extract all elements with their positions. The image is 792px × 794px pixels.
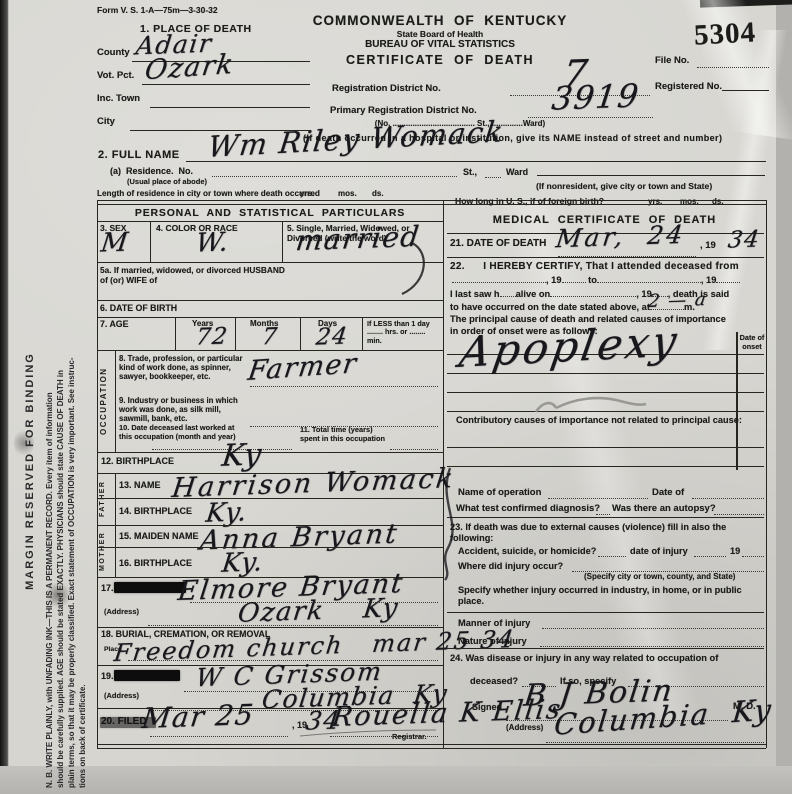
- row-rule: [97, 262, 443, 263]
- blank-line: [150, 86, 310, 108]
- box-rule: [97, 748, 766, 749]
- last-saw-text: I last saw h: [450, 289, 500, 299]
- nature-of-injury-label: Nature of injury: [458, 636, 527, 646]
- box-rule: [766, 200, 767, 748]
- margin-note-line: N. B. WRITE PLAINLY, with UNFADING INK—T…: [44, 90, 55, 788]
- birthplace-entry: Ky: [220, 437, 265, 474]
- blank-line: [598, 548, 626, 557]
- yrs-label: yrs.: [300, 190, 314, 199]
- full-name-label: 2. FULL NAME: [98, 149, 180, 161]
- autopsy-label: Was there an autopsy?: [612, 504, 716, 515]
- printed-19: , 19: [701, 275, 717, 285]
- date-of-death-label: 21. DATE OF DEATH: [450, 238, 546, 249]
- injury-19-label: 19: [730, 546, 740, 556]
- redacted-undertaker-label-bar: [114, 670, 180, 681]
- scan-edge-left: [0, 0, 9, 794]
- ds-label: ds.: [372, 190, 384, 199]
- mother-side-label: MOTHER: [99, 527, 114, 575]
- county-label: County: [97, 48, 130, 59]
- personal-section-title: PERSONAL AND STATISTICAL PARTICULARS: [97, 208, 443, 220]
- blank-line: [714, 506, 764, 515]
- date-of-birth-label: 6. DATE OF BIRTH: [100, 304, 177, 314]
- cell-rule: [150, 221, 151, 262]
- informant-address-label: (Address): [104, 608, 139, 616]
- voting-precinct-label: Vot. Pct.: [97, 71, 134, 82]
- father-birthplace-label: 14. BIRTHPLACE: [119, 506, 192, 516]
- signed-label: Signed: [472, 702, 502, 712]
- bureau-subtitle: BUREAU OF VITAL STATISTICS: [300, 39, 580, 50]
- cell-rule: [175, 317, 176, 350]
- age-months-entry: 7: [260, 324, 279, 351]
- residence-label: (a) Residence. No.: [110, 166, 193, 176]
- registered-no-label: Registered No.: [655, 82, 722, 93]
- father-name-label: 13. NAME: [119, 480, 161, 490]
- row-rule: [97, 452, 443, 453]
- occupation-side-label: OCCUPATION: [99, 352, 114, 450]
- blank-line: [142, 63, 310, 85]
- age-label: 7. AGE: [100, 320, 129, 330]
- to-word: to: [588, 275, 597, 285]
- date-of-operation-label: Date of: [652, 488, 684, 499]
- certificate-title: CERTIFICATE OF DEATH: [300, 53, 580, 67]
- industry-label: 9. Industry or business in which work wa…: [119, 396, 251, 424]
- marital-status-entry: married: [294, 220, 422, 257]
- certify-line-2: , 19 to, 19: [452, 275, 740, 285]
- ward-label: Ward: [506, 167, 528, 177]
- date-of-injury-label: date of injury: [630, 546, 688, 556]
- margin-binding-note: MARGIN RESERVED FOR BINDING: [24, 290, 36, 652]
- blank-line: [692, 490, 764, 499]
- row-rule: [97, 627, 443, 628]
- age-days-entry: 24: [314, 323, 349, 350]
- file-no-label: File No.: [655, 56, 689, 67]
- cell-rule: [300, 317, 301, 350]
- foreign-birth-label: How long in U. S., if of foreign birth?: [455, 197, 604, 207]
- city-label: City: [97, 117, 115, 128]
- date-of-onset-header: Date of onset: [738, 334, 766, 351]
- husband-wife-label: 5a. If married, widowed, or divorced HUS…: [100, 266, 290, 286]
- scanned-death-certificate: MARGIN RESERVED FOR BINDING N. B. WRITE …: [0, 0, 792, 794]
- blank-line: [485, 169, 501, 178]
- blank-line: [697, 58, 769, 68]
- death-year-entry: 34: [726, 226, 761, 253]
- occupation-related-label: 24. Was disease or injury in any way rel…: [450, 653, 718, 663]
- where-injury-label: Where did injury occur?: [458, 561, 563, 571]
- mos-label: mos.: [338, 190, 357, 199]
- box-rule: [97, 744, 766, 745]
- row-rule: [447, 648, 764, 649]
- margin-permanent-record-note: N. B. WRITE PLAINLY, with UNFADING INK—T…: [44, 90, 88, 788]
- margin-note-line: tions on back of certificate.: [77, 90, 88, 788]
- row-rule: [97, 317, 443, 318]
- cause-rule: [447, 447, 764, 448]
- specify-where-label: Specify whether injury occurred in indus…: [458, 585, 758, 607]
- trade-label: 8. Trade, profession, or particular kind…: [119, 354, 251, 382]
- undertaker-number-label: 19.: [101, 671, 114, 681]
- sex-entry: M: [99, 227, 131, 258]
- cause-rule: [447, 392, 764, 393]
- cause-rule: [447, 411, 764, 412]
- row-rule: [97, 350, 443, 351]
- registrar-label: Registrar.: [392, 733, 427, 741]
- nonresident-note: (If nonresident, give city or town and S…: [536, 182, 712, 192]
- printed-19: , 19: [700, 241, 716, 252]
- date-of-death-entry: Mar, 24: [554, 220, 687, 254]
- registration-district-label: Registration District No.: [332, 84, 441, 95]
- certify-line-1: 22. I HEREBY CERTIFY, That I attended de…: [450, 261, 739, 272]
- physician-address-label: (Address): [506, 724, 543, 733]
- printed-19: , 19: [546, 275, 562, 285]
- length-of-residence-label: Length of residence in city or town wher…: [97, 189, 320, 198]
- cause-rule: [447, 466, 764, 467]
- specify-city-note: (Specify city or town, county, and State…: [584, 573, 735, 582]
- mother-maiden-label: 15. MAIDEN NAME: [119, 531, 199, 541]
- accident-label: Accident, suicide, or homicide?: [458, 546, 596, 556]
- blank-line: [150, 728, 288, 737]
- abode-note: (Usual place of abode): [127, 178, 207, 186]
- occurred-at-text: to have occurred on the date stated abov…: [450, 302, 650, 312]
- test-label: What test confirmed diagnosis?: [456, 504, 600, 515]
- margin-note-line: should be carefully supplied. AGE should…: [55, 90, 66, 788]
- cell-rule: [115, 350, 116, 452]
- box-rule: [97, 200, 766, 201]
- row-rule: [97, 547, 443, 548]
- blank-line: [540, 638, 764, 647]
- time-of-death-entry: 2 — a: [647, 289, 709, 312]
- blank-line: [212, 168, 457, 177]
- manner-of-injury-label: Manner of injury: [458, 618, 530, 628]
- primary-district-entry: 3919: [550, 76, 642, 117]
- cell-rule: [362, 317, 363, 350]
- street-label: St.,: [463, 167, 477, 177]
- cell-rule: [235, 317, 236, 350]
- blank-line: [596, 506, 610, 515]
- blank-line: [694, 548, 726, 557]
- blank-line: [542, 620, 764, 629]
- undertaker-address-label: (Address): [104, 692, 139, 700]
- blank-line: [548, 490, 648, 499]
- box-rule: [97, 204, 766, 205]
- row-rule: [97, 498, 443, 499]
- blank-line: [742, 548, 764, 557]
- color-race-entry: W.: [194, 227, 231, 258]
- deceased-label: deceased?: [470, 676, 518, 686]
- row-rule: [447, 517, 764, 518]
- form-number: Form V. S. 1-A—75m—3-30-32: [97, 6, 218, 16]
- incorporated-town-label: Inc. Town: [97, 94, 140, 105]
- blank-line: [572, 563, 764, 572]
- age-years-entry: 72: [194, 323, 229, 350]
- scan-edge-right: [776, 0, 792, 794]
- blank-line: [148, 617, 438, 626]
- birthplace-label: 12. BIRTHPLACE: [101, 456, 174, 466]
- less-than-day-note: If LESS than 1 day ........ hrs. or ....…: [367, 320, 439, 345]
- blank-line: [390, 441, 438, 450]
- primary-district-label: Primary Registration District No.: [330, 106, 477, 117]
- blank-line: [722, 76, 769, 91]
- commonwealth-title: COMMONWEALTH OF KENTUCKY: [300, 13, 580, 28]
- onset-column-rule: [736, 332, 738, 470]
- row-rule: [447, 257, 764, 258]
- informant-number-label: 17.: [101, 583, 114, 593]
- operation-label: Name of operation: [458, 488, 541, 499]
- external-causes-label: 23. If death was due to external causes …: [450, 522, 762, 544]
- blank-line: [537, 162, 765, 176]
- row-rule: [97, 300, 443, 301]
- mother-birthplace-label: 16. BIRTHPLACE: [119, 558, 192, 568]
- cell-rule: [282, 221, 283, 262]
- scan-edge-bottom: [0, 766, 792, 794]
- alive-on-text: alive on: [516, 289, 551, 299]
- margin-note-line: plain terms, so that it may be properly …: [66, 90, 77, 788]
- row-rule: [447, 612, 764, 613]
- father-side-label: FATHER: [99, 475, 114, 523]
- file-number-stamp: 5304: [693, 16, 757, 52]
- contributory-label: Contributory causes of importance not re…: [456, 415, 742, 426]
- total-time-label: 11. Total time (years) spent in this occ…: [300, 426, 388, 443]
- redacted-informant-label-bar: [114, 582, 186, 593]
